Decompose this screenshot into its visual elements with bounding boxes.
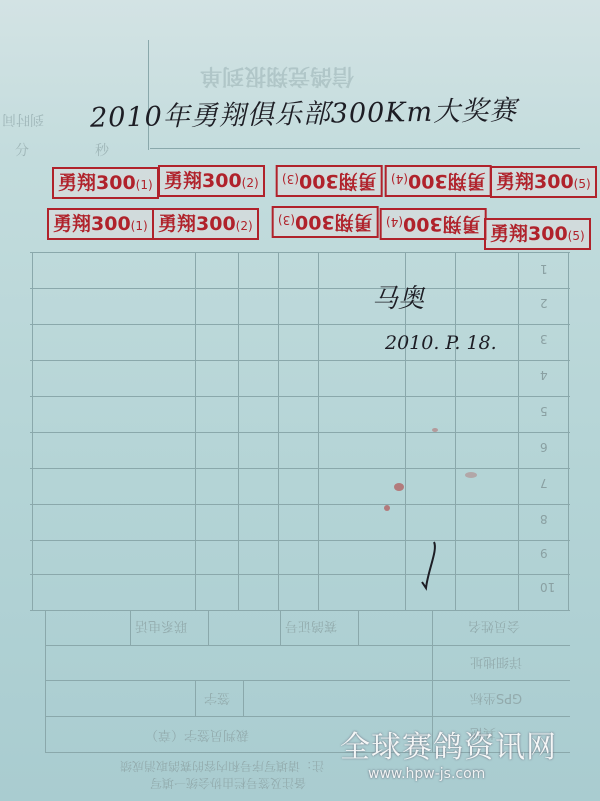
stain-spot (432, 428, 438, 432)
form-paper: 信鸽竞翔报到单 到时间 分 秒 2010年勇翔俱乐部300Km大奖赛 勇翔300… (0, 0, 600, 801)
label-referee-sign: 裁判员签字（章） (145, 727, 249, 746)
stamp-1-3: 勇翔300(3) (276, 165, 383, 197)
signature-date: 2010. P. 18. (385, 332, 497, 354)
row-number-5: 5 (540, 404, 548, 418)
row-number-4: 4 (540, 368, 548, 382)
row-number-6: 6 (540, 440, 548, 454)
stain-spot (384, 505, 390, 511)
faint-label-min: 分 (15, 140, 29, 160)
row-number-7: 7 (540, 476, 548, 490)
stamp-1-1: 勇翔300(1) (52, 167, 159, 199)
faint-label-sec: 秒 (95, 140, 109, 160)
header-underline (150, 148, 580, 149)
handwritten-race-title: 2010年勇翔俱乐部300Km大奖赛 (90, 88, 518, 134)
pen-mark-icon (420, 540, 444, 600)
stamp-2-5: 勇翔300(5) (484, 218, 591, 250)
footer-note-2: 备注及签号栏由协会统一填写 (150, 775, 306, 792)
stain-spot (465, 472, 477, 478)
stamp-2-4: 勇翔300(4) (380, 208, 487, 240)
stamp-1-2: 勇翔300(2) (158, 165, 265, 197)
stamp-2-2: 勇翔300(2) (152, 208, 259, 240)
row-number-9: 9 (540, 546, 548, 560)
row-number-8: 8 (540, 512, 548, 526)
stamp-1-4: 勇翔300(4) (385, 165, 492, 197)
row-number-10: 10 (540, 580, 555, 594)
label-sign: 签字 (204, 690, 230, 709)
signature-name: 马奥 (372, 278, 424, 315)
label-pigeon-id: 赛鸽证号 (285, 618, 337, 637)
row-number-2: 2 (540, 296, 548, 310)
faint-label-arrival: 到时间 (2, 110, 44, 130)
footer-note-1: 注：请填写序号和内容的赛鸽取消成绩 (120, 758, 324, 775)
watermark-url: www.hpw-js.com (368, 766, 485, 782)
stamp-2-3: 勇翔300(3) (272, 206, 379, 238)
stamp-1-5: 勇翔300(5) (490, 166, 597, 198)
stamp-2-1: 勇翔300(1) (47, 208, 154, 240)
row-number-1: 1 (540, 262, 548, 276)
label-address: 详细地址 (470, 654, 522, 673)
watermark-title: 全球赛鸽资讯网 (340, 722, 557, 766)
label-gps: GPS坐标 (470, 690, 522, 709)
label-member-name: 会员姓名 (468, 618, 520, 637)
stain-spot (394, 483, 404, 491)
row-number-3: 3 (540, 332, 548, 346)
printed-form-title: 信鸽竞翔报到单 (200, 62, 354, 93)
label-phone: 联系电话 (135, 618, 187, 637)
